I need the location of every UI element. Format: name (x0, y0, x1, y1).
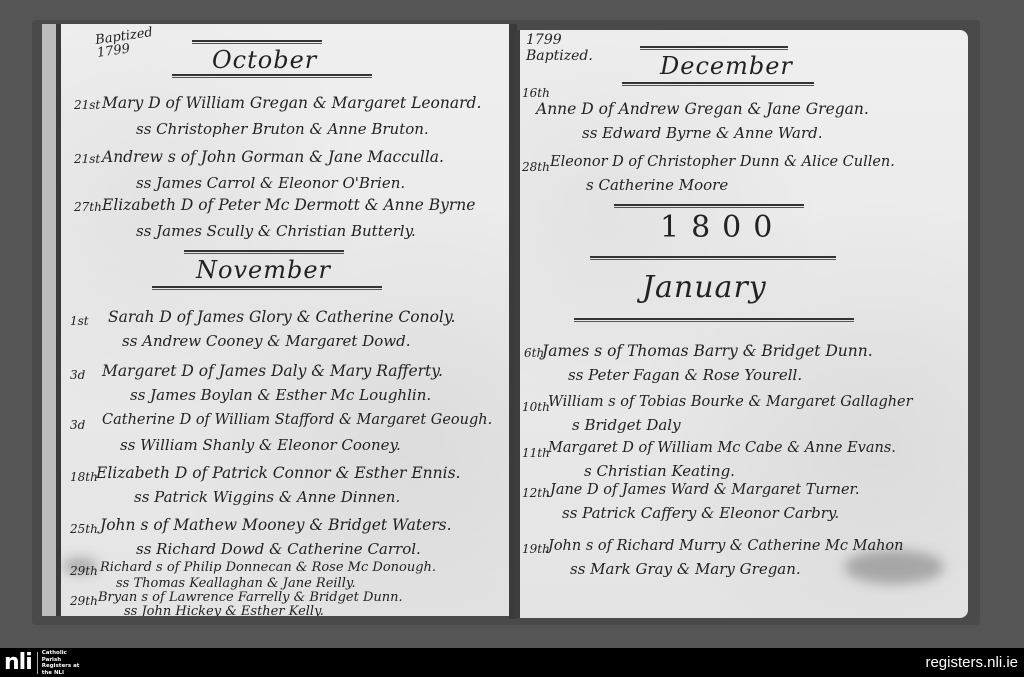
entry-sponsors: ss James Boylan & Esther Mc Loughlin. (130, 386, 431, 404)
footer-bar: nli Catholic Parish Registers at the NLI… (0, 648, 1024, 677)
ink-smudge (844, 550, 944, 584)
nli-logo-mark: nli (4, 652, 32, 674)
entry-day: 25th (70, 522, 98, 536)
rule (590, 256, 836, 260)
entry-record: James s of Thomas Barry & Bridget Dunn. (542, 342, 873, 360)
rule (192, 40, 322, 44)
right-page: 1799 Baptized. December 16th Anne D of A… (514, 30, 968, 618)
entry-record: Richard s of Philip Donnecan & Rose Mc D… (100, 560, 436, 575)
entry-sponsors: ss Christopher Bruton & Anne Bruton. (136, 120, 429, 138)
entry-record: Catherine D of William Stafford & Margar… (102, 412, 492, 428)
rule (152, 286, 382, 290)
entry-sponsors: ss William Shanly & Eleonor Cooney. (120, 436, 401, 454)
entry-record: Bryan s of Lawrence Farrelly & Bridget D… (98, 590, 403, 605)
entry-record: Sarah D of James Glory & Catherine Conol… (108, 308, 456, 326)
rule (574, 318, 854, 322)
entry-day: 29th (70, 564, 98, 578)
image-viewer[interactable]: Baptized 1799 October 21st Mary D of Wil… (0, 0, 1024, 648)
entry-sponsors: ss Patrick Wiggins & Anne Dinnen. (134, 488, 400, 506)
entry-record: Eleonor D of Christopher Dunn & Alice Cu… (550, 154, 895, 170)
entry-sponsors: ss Patrick Caffery & Eleonor Carbry. (562, 504, 839, 522)
month-heading-november: November (196, 256, 331, 284)
entry-sponsors: ss James Carrol & Eleonor O'Brien. (136, 174, 405, 192)
entry-sponsors: s Christian Keating. (584, 462, 735, 480)
entry-record: John s of Richard Murry & Catherine Mc M… (548, 538, 904, 554)
entry-day: 1st (70, 314, 89, 328)
rule (172, 74, 372, 78)
entry-sponsors: s Catherine Moore (586, 176, 728, 194)
entry-sponsors: ss James Scully & Christian Butterly. (136, 222, 416, 240)
left-page: Baptized 1799 October 21st Mary D of Wil… (42, 24, 510, 616)
entry-sponsors: ss Andrew Cooney & Margaret Dowd. (122, 332, 410, 350)
registers-site-link[interactable]: registers.nli.ie (925, 654, 1018, 671)
corner-note: Baptized 1799 (94, 26, 155, 60)
rule (184, 250, 344, 254)
entry-record: Jane D of James Ward & Margaret Turner. (550, 482, 860, 498)
entry-record: Andrew s of John Gorman & Jane Macculla. (102, 148, 444, 166)
entry-record: Mary D of William Gregan & Margaret Leon… (102, 94, 481, 112)
entry-day: 28th (522, 160, 550, 174)
rule (614, 204, 804, 208)
month-heading-october: October (212, 46, 317, 74)
entry-sponsors: s Bridget Daly (572, 416, 681, 434)
entry-day: 21st (74, 98, 100, 112)
entry-record: Elizabeth D of Patrick Connor & Esther E… (96, 464, 460, 482)
month-heading-december: December (660, 52, 793, 80)
logo-divider (37, 652, 38, 674)
entry-day: 3d (70, 418, 85, 432)
entry-record: Anne D of Andrew Gregan & Jane Gregan. (536, 100, 869, 118)
nli-logo[interactable]: nli Catholic Parish Registers at the NLI (4, 652, 82, 674)
entry-day: 27th (74, 200, 102, 214)
month-heading-january: January (642, 270, 767, 305)
entry-day: 29th (70, 594, 98, 608)
entry-day: 21st (74, 152, 100, 166)
entry-day: 19th (522, 542, 550, 556)
entry-record: William s of Tobias Bourke & Margaret Ga… (548, 394, 913, 410)
entry-record: John s of Mathew Mooney & Bridget Waters… (100, 516, 452, 534)
corner-note: 1799 Baptized. (526, 32, 593, 64)
entry-record: Margaret D of William Mc Cabe & Anne Eva… (548, 440, 896, 456)
entry-day: 12th (522, 486, 550, 500)
entry-day: 18th (70, 470, 98, 484)
entry-record: Elizabeth D of Peter Mc Dermott & Anne B… (102, 196, 475, 214)
corner-note-baptized: Baptized. (526, 48, 593, 64)
rule (640, 46, 788, 50)
entry-day: 11th (522, 446, 550, 460)
entry-sponsors: ss Edward Byrne & Anne Ward. (582, 124, 823, 142)
entry-day: 3d (70, 368, 85, 382)
entry-sponsors: ss John Hickey & Esther Kelly. (124, 604, 324, 616)
entry-sponsors: ss Peter Fagan & Rose Yourell. (568, 366, 802, 384)
logo-text: Catholic Parish Registers at the NLI (42, 650, 82, 676)
entry-day: 10th (522, 400, 550, 414)
entry-sponsors: ss Mark Gray & Mary Gregan. (570, 560, 801, 578)
entry-sponsors: ss Richard Dowd & Catherine Carrol. (136, 540, 421, 558)
corner-note-year: 1799 (526, 32, 593, 48)
entry-day: 16th (522, 86, 550, 100)
entry-sponsors: ss Thomas Keallaghan & Jane Reilly. (116, 576, 356, 591)
rule (622, 82, 814, 86)
entry-record: Margaret D of James Daly & Mary Rafferty… (102, 362, 443, 380)
year-heading: 1800 (660, 210, 784, 245)
